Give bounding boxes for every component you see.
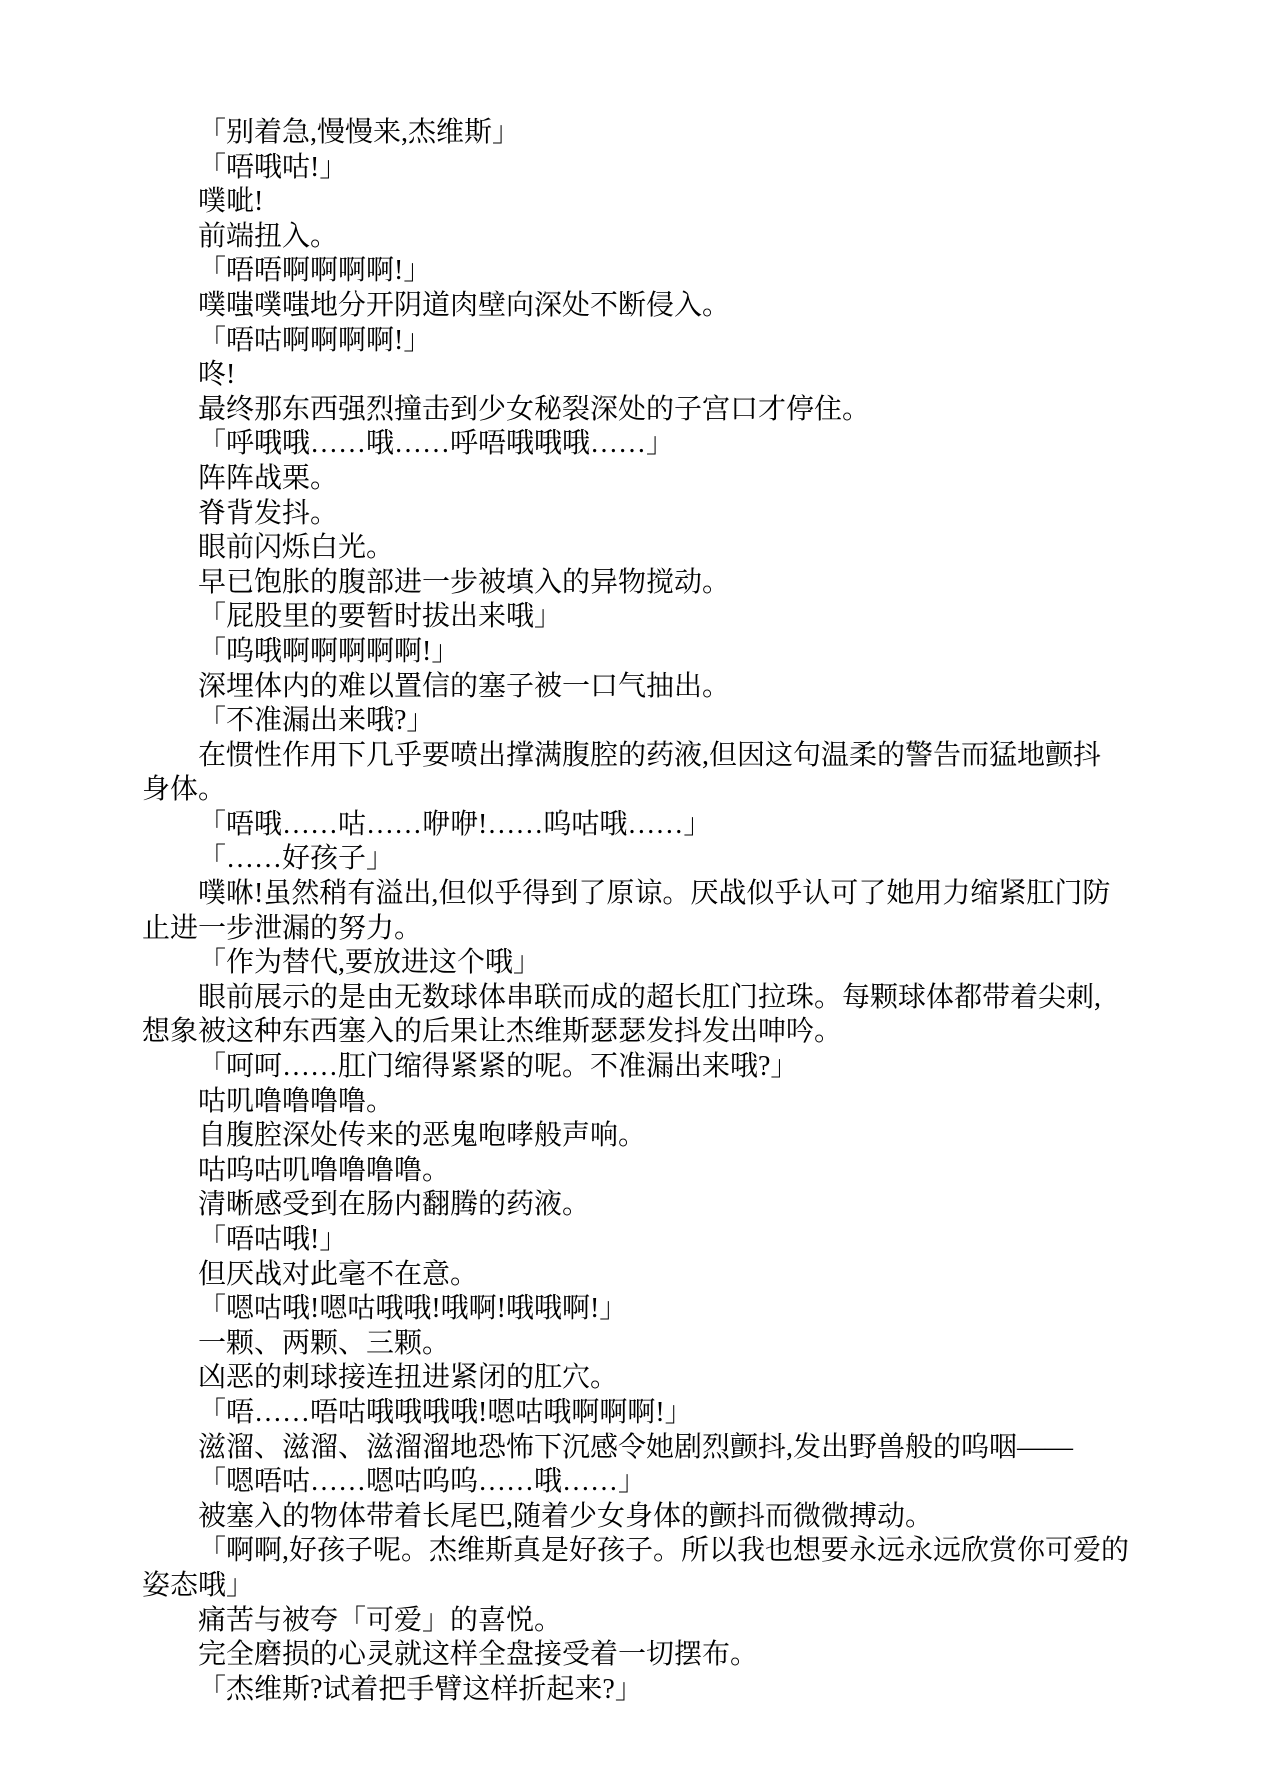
text-line: 「呼哦哦……哦……呼唔哦哦哦……」: [142, 427, 1152, 462]
text-line: 被塞入的物体带着长尾巴,随着少女身体的颤抖而微微搏动。: [142, 1500, 1152, 1535]
text-line: 自腹腔深处传来的恶鬼咆哮般声响。: [142, 1119, 1152, 1154]
text-line: 「嗯咕哦!嗯咕哦哦!哦啊!哦哦啊!」: [142, 1292, 1152, 1327]
text-line: 咕呜咕叽噜噜噜噜。: [142, 1154, 1152, 1189]
text-line: 眼前闪烁白光。: [142, 531, 1152, 566]
text-line: 痛苦与被夸「可爱」的喜悦。: [142, 1604, 1152, 1639]
text-line: 止进一步泄漏的努力。: [142, 912, 1152, 947]
text-line: 咚!: [142, 358, 1152, 393]
text-line: 但厌战对此毫不在意。: [142, 1258, 1152, 1293]
text-line: 「唔……唔咕哦哦哦哦!嗯咕哦啊啊啊!」: [142, 1396, 1152, 1431]
text-line: 一颗、两颗、三颗。: [142, 1327, 1152, 1362]
text-line: 「呵呵……肛门缩得紧紧的呢。不准漏出来哦?」: [142, 1050, 1152, 1085]
text-line: 「呜哦啊啊啊啊啊!」: [142, 635, 1152, 670]
text-line: 「……好孩子」: [142, 842, 1152, 877]
text-line: 完全磨损的心灵就这样全盘接受着一切摆布。: [142, 1638, 1152, 1673]
text-line: 早已饱胀的腹部进一步被填入的异物搅动。: [142, 566, 1152, 601]
text-line: 最终那东西强烈撞击到少女秘裂深处的子宫口才停住。: [142, 393, 1152, 428]
text-line: 眼前展示的是由无数球体串联而成的超长肛门拉珠。每颗球体都带着尖刺,: [142, 981, 1152, 1016]
text-line: 滋溜、滋溜、滋溜溜地恐怖下沉感令她剧烈颤抖,发出野兽般的呜咽——: [142, 1431, 1152, 1466]
text-line: 「别着急,慢慢来,杰维斯」: [142, 116, 1152, 151]
text-line: 噗呲!: [142, 185, 1152, 220]
text-line: 「唔咕啊啊啊啊!」: [142, 324, 1152, 359]
text-line: 前端扭入。: [142, 220, 1152, 255]
text-line: 噗咻!虽然稍有溢出,但似乎得到了原谅。厌战似乎认可了她用力缩紧肛门防: [142, 877, 1152, 912]
text-line: 「唔唔啊啊啊啊!」: [142, 254, 1152, 289]
text-line: 想象被这种东西塞入的后果让杰维斯瑟瑟发抖发出呻吟。: [142, 1015, 1152, 1050]
text-line: 「作为替代,要放进这个哦」: [142, 946, 1152, 981]
text-line: 姿态哦」: [142, 1569, 1152, 1604]
text-line: 咕叽噜噜噜噜。: [142, 1085, 1152, 1120]
text-line: 「屁股里的要暂时拔出来哦」: [142, 600, 1152, 635]
text-line: 清晰感受到在肠内翻腾的药液。: [142, 1188, 1152, 1223]
text-line: 「不准漏出来哦?」: [142, 704, 1152, 739]
text-line: 在惯性作用下几乎要喷出撑满腹腔的药液,但因这句温柔的警告而猛地颤抖: [142, 739, 1152, 774]
text-line: 脊背发抖。: [142, 497, 1152, 532]
text-line: 「嗯唔咕……嗯咕呜呜……哦……」: [142, 1465, 1152, 1500]
text-line: 身体。: [142, 773, 1152, 808]
text-line: 「唔哦咕!」: [142, 151, 1152, 186]
text-line: 噗嗤噗嗤地分开阴道肉壁向深处不断侵入。: [142, 289, 1152, 324]
text-line: 凶恶的刺球接连扭进紧闭的肛穴。: [142, 1361, 1152, 1396]
text-line: 「唔咕哦!」: [142, 1223, 1152, 1258]
text-line: 「杰维斯?试着把手臂这样折起来?」: [142, 1673, 1152, 1708]
text-line: 「啊啊,好孩子呢。杰维斯真是好孩子。所以我也想要永远永远欣赏你可爱的: [142, 1534, 1152, 1569]
text-content: 「别着急,慢慢来,杰维斯」「唔哦咕!」噗呲!前端扭入。「唔唔啊啊啊啊!」噗嗤噗嗤…: [142, 116, 1152, 1707]
text-line: 「唔哦……咕……咿咿!……呜咕哦……」: [142, 808, 1152, 843]
text-line: 阵阵战栗。: [142, 462, 1152, 497]
text-line: 深埋体内的难以置信的塞子被一口气抽出。: [142, 670, 1152, 705]
document-page: 「别着急,慢慢来,杰维斯」「唔哦咕!」噗呲!前端扭入。「唔唔啊啊啊啊!」噗嗤噗嗤…: [0, 0, 1280, 1790]
